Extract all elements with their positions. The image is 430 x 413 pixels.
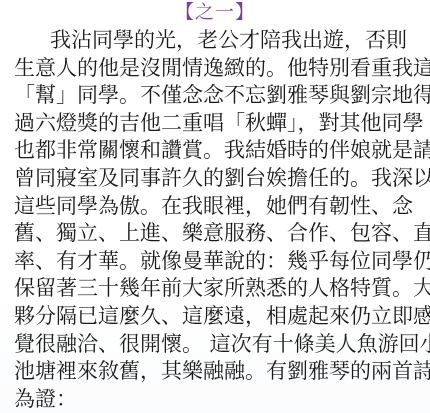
paragraph-line: 舊、獨立、上進、樂意服務、合作、包容、直 (14, 220, 424, 248)
paragraph-line: 池塘裡來敘舊，其樂融融。有劉雅琴的兩首詩 (14, 358, 424, 386)
paragraph-line: 保留著三十幾年前大家所熟悉的人格特質。大 (14, 275, 424, 303)
paragraph-line: 夥分隔已這麼久、這麼遠，相處起來仍立即感 (14, 303, 424, 331)
paragraph-body: 我沾同學的光，老公才陪我出遊，否則 生意人的他是沒閒情逸緻的。他特別看重我這 「… (14, 27, 424, 413)
paragraph-line: 生意人的他是沒閒情逸緻的。他特別看重我這 (14, 55, 424, 83)
paragraph-line: 「幫」同學。不僅念念不忘劉雅琴與劉宗地得 (14, 82, 424, 110)
paragraph-line: 這些同學為傲。在我眼裡，她們有韌性、念 (14, 193, 424, 221)
paragraph-line: 為證： (14, 386, 424, 413)
paragraph-line: 也都非常關懷和讚賞。我結婚時的伴娘就是請 (14, 137, 424, 165)
section-title: 【之一】 (0, 0, 430, 24)
paragraph-line: 我沾同學的光，老公才陪我出遊，否則 (14, 27, 424, 55)
document-page: 【之一】 我沾同學的光，老公才陪我出遊，否則 生意人的他是沒閒情逸緻的。他特別看… (0, 0, 430, 413)
paragraph-line: 率、有才華。就像曼華說的：幾乎每位同學仍 (14, 248, 424, 276)
paragraph-line: 覺很融洽、很開懷。 這次有十條美人魚游回小 (14, 331, 424, 359)
paragraph-line: 曾同寢室及同事許久的劉台娭擔任的。我深以 (14, 165, 424, 193)
paragraph-line: 過六燈獎的吉他二重唱「秋蟬」，對其他同學 (14, 110, 424, 138)
